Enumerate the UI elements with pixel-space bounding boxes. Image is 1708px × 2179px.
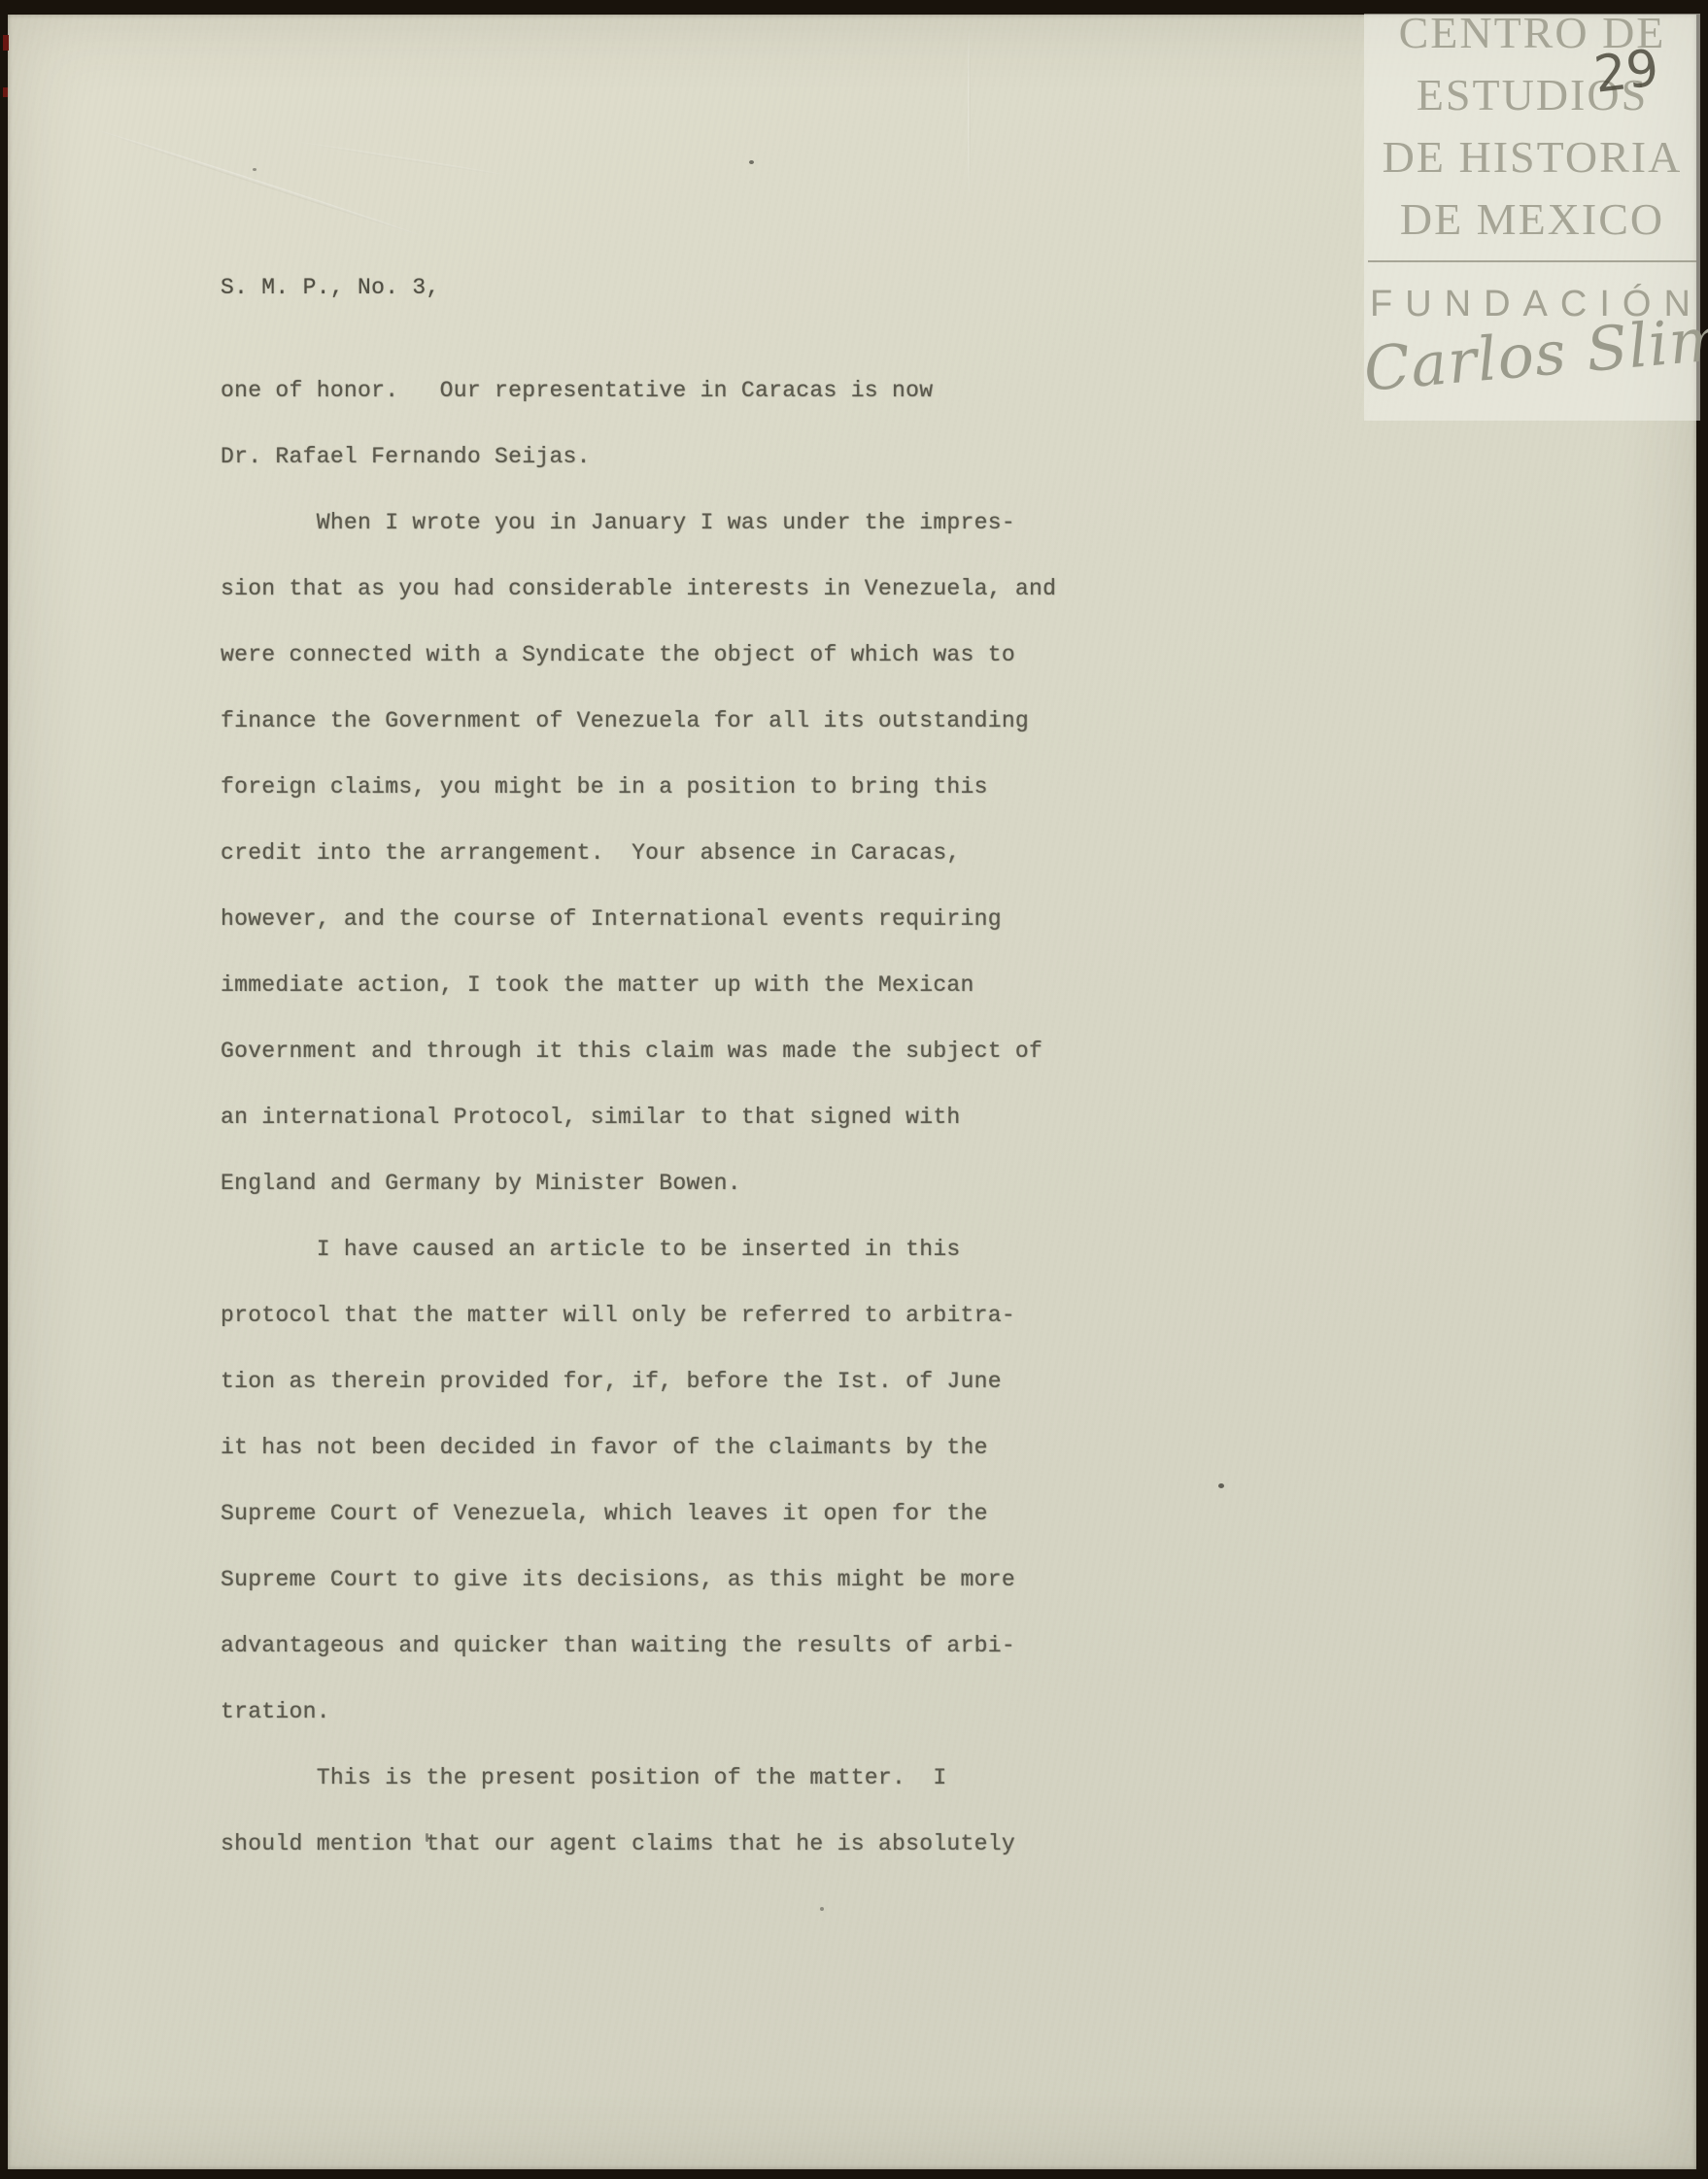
typed-line: one of honor. Our representative in Cara… (221, 357, 1056, 424)
paper-crease (968, 30, 971, 193)
typed-line: England and Germany by Minister Bowen. (221, 1150, 1056, 1216)
letter-body: one of honor. Our representative in Cara… (221, 357, 1056, 1877)
typed-line: Government and through it this claim was… (221, 1018, 1056, 1084)
typed-line: an international Protocol, similar to th… (221, 1084, 1056, 1150)
typed-line: tration. (221, 1679, 1056, 1745)
watermark-divider (1368, 260, 1696, 262)
paper-crease (299, 141, 506, 177)
typed-line: should mention that our agent claims tha… (221, 1811, 1056, 1877)
scanned-letter-page: S. M. P., No. 3, one of honor. Our repre… (0, 0, 1708, 2179)
watermark-org-line: DE HISTORIA (1364, 126, 1700, 188)
typed-line: foreign claims, you might be in a positi… (221, 754, 1056, 820)
typed-line: Dr. Rafael Fernando Seijas. (221, 424, 1056, 490)
typed-line: Supreme Court to give its decisions, as … (221, 1547, 1056, 1613)
typed-line: immediate action, I took the matter up w… (221, 952, 1056, 1018)
ink-speck (749, 160, 754, 164)
typed-line: were connected with a Syndicate the obje… (221, 622, 1056, 688)
typed-line: finance the Government of Venezuela for … (221, 688, 1056, 754)
typed-line: however, and the course of International… (221, 886, 1056, 952)
watermark-org-line: DE MEXICO (1364, 188, 1700, 251)
typed-line: protocol that the matter will only be re… (221, 1282, 1056, 1348)
handwritten-page-number: 29 (1591, 39, 1662, 105)
typed-line: credit into the arrangement. Your absenc… (221, 820, 1056, 886)
document-reference: S. M. P., No. 3, (221, 275, 440, 300)
ink-speck (253, 168, 256, 171)
typed-line: tion as therein provided for, if, before… (221, 1348, 1056, 1414)
ink-speck (820, 1907, 824, 1911)
typed-line: Supreme Court of Venezuela, which leaves… (221, 1481, 1056, 1547)
typed-line: I have caused an article to be inserted … (221, 1216, 1056, 1282)
typed-line: advantageous and quicker than waiting th… (221, 1613, 1056, 1679)
typed-line: This is the present position of the matt… (221, 1745, 1056, 1811)
typed-line: sion that as you had considerable intere… (221, 556, 1056, 622)
typed-line: When I wrote you in January I was under … (221, 490, 1056, 556)
paper-crease (99, 129, 419, 236)
typed-line: it has not been decided in favor of the … (221, 1414, 1056, 1481)
ink-speck (1218, 1483, 1224, 1488)
